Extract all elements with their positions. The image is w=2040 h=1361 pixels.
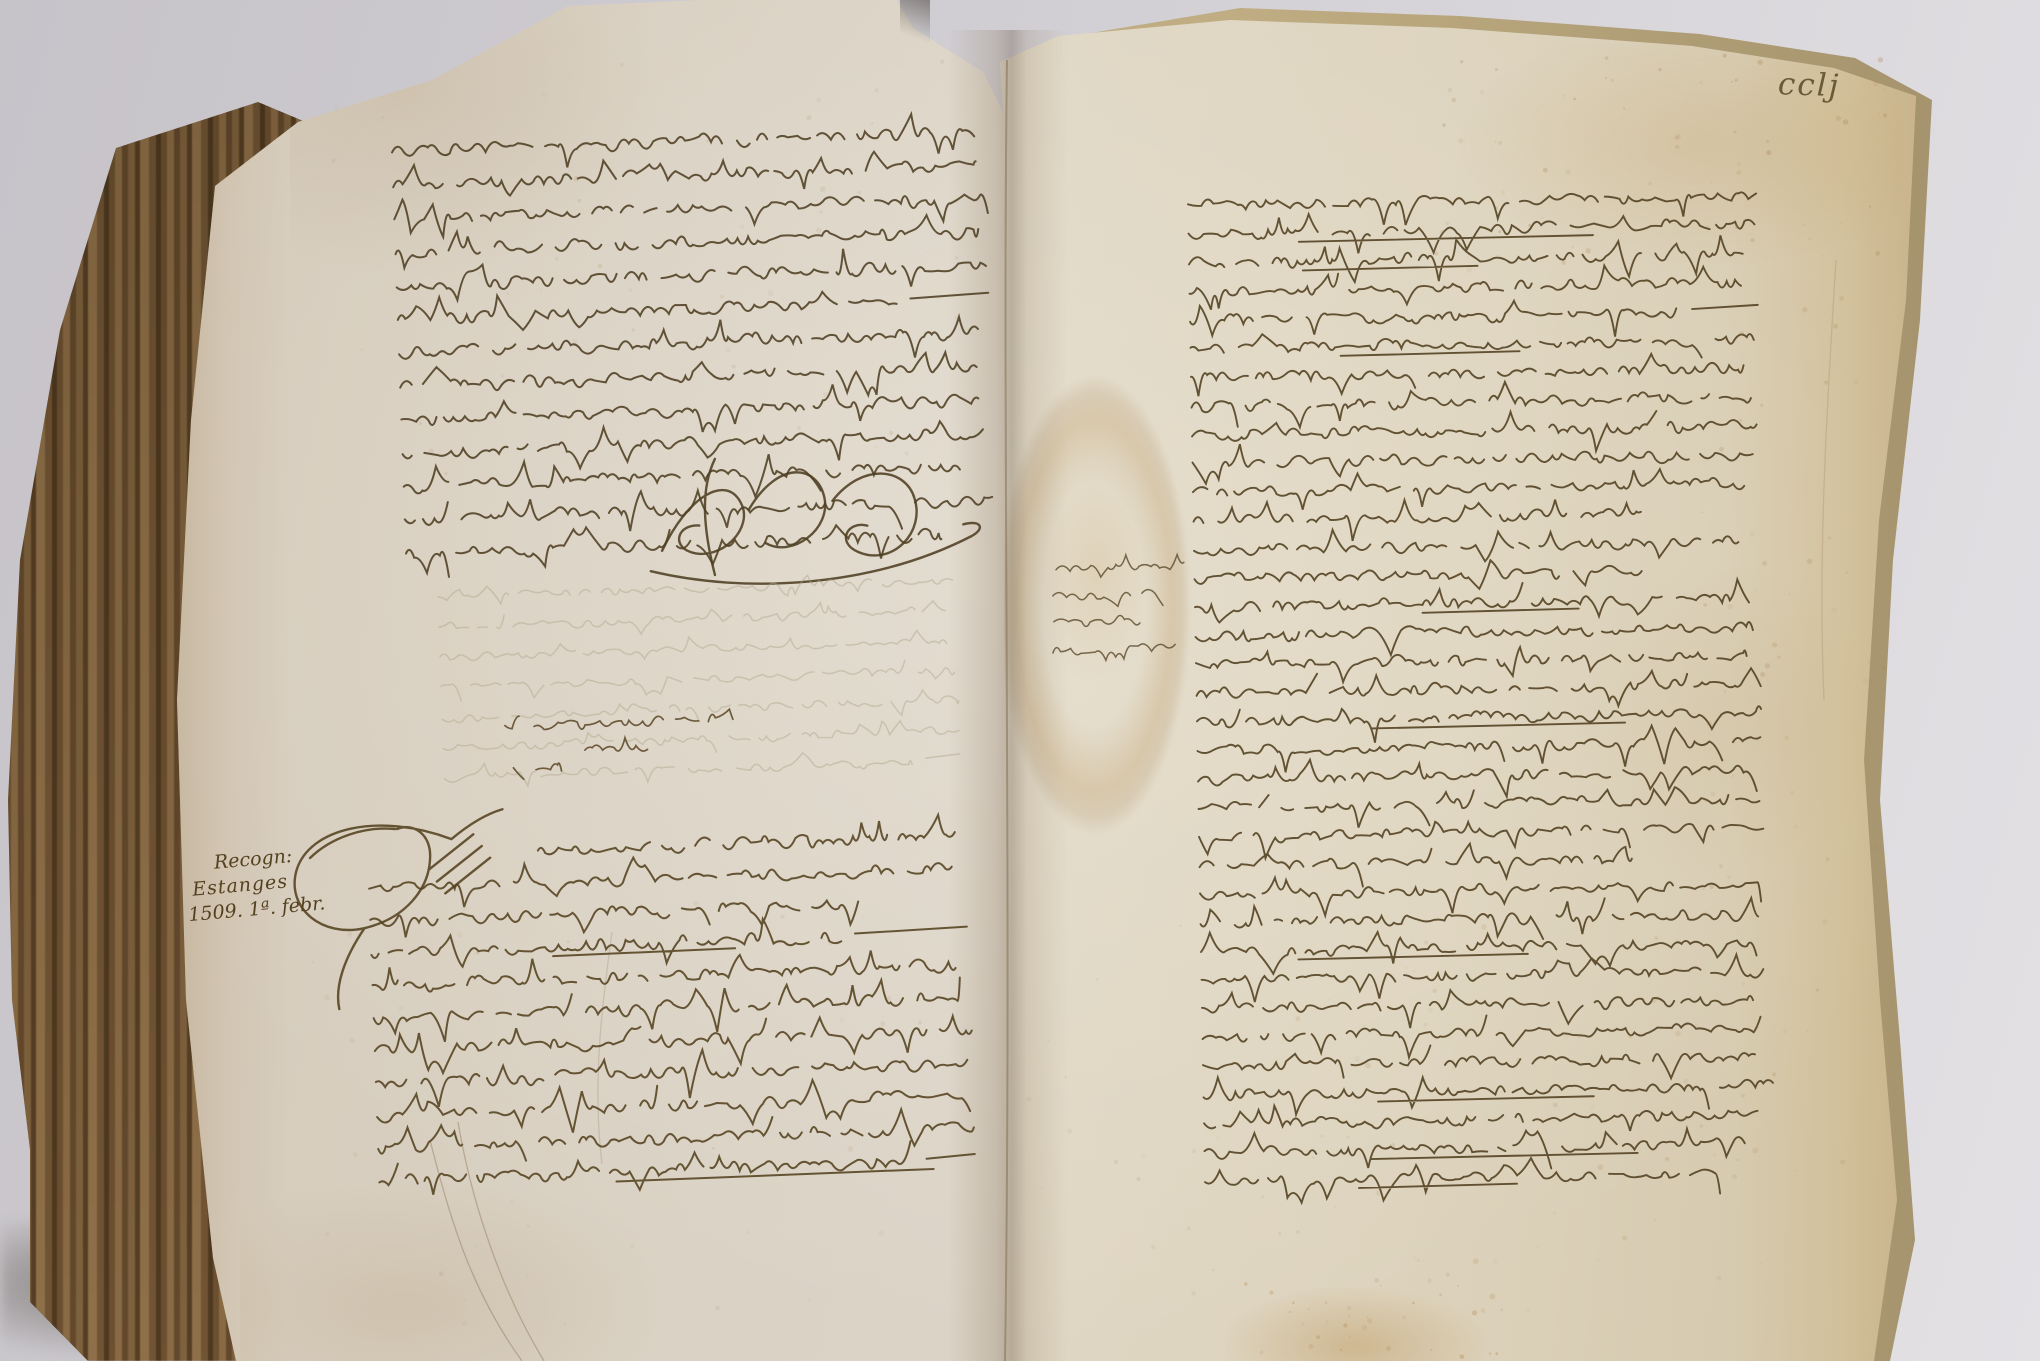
page-corner-shadow [900, 0, 930, 48]
left-page-bottom-stain [240, 1180, 660, 1361]
right-page-mid-stain [1560, 560, 1890, 890]
left-page-top-stain [290, 0, 670, 280]
gutter-shadow [948, 30, 1068, 1361]
manuscript-photo: cclj Recogn: Estanges 1509. 1ª. febr. [0, 0, 2040, 1361]
bottom-fold-stain [1225, 1288, 1485, 1361]
folio-number: cclj [1777, 66, 1888, 106]
